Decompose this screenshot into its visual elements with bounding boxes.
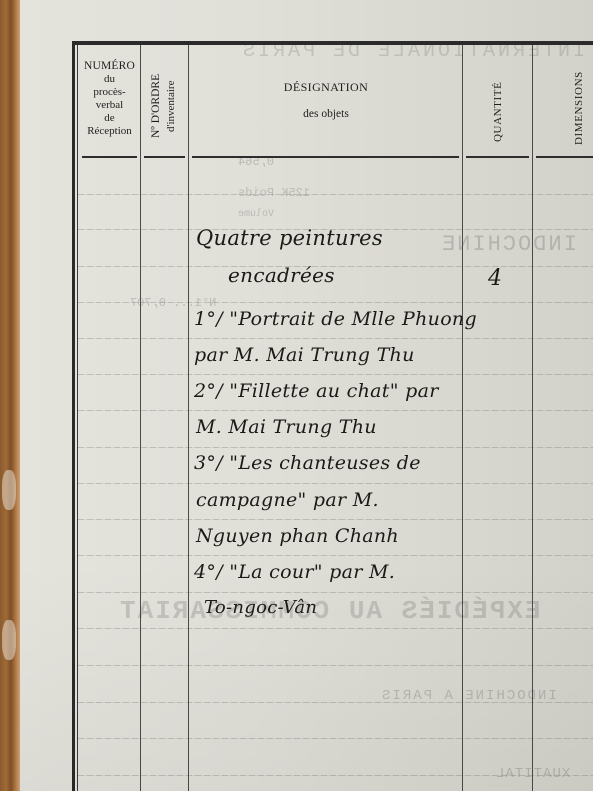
- header-text: procès-: [79, 86, 140, 99]
- handwritten-line: Quatre peintures: [196, 226, 383, 250]
- handwritten-line: 2°/ "Fillette au chat" par: [194, 380, 439, 402]
- header-numero-proces-verbal: NUMÉRO du procès- verbal de Réception: [79, 60, 140, 138]
- ruled-line: [78, 410, 593, 411]
- lighting-shadow: [20, 560, 593, 791]
- header-numero-ordre: Nº D'ORDRE: [150, 62, 162, 150]
- handwritten-line: campagne" par M.: [196, 489, 379, 511]
- header-inventaire: d'inventaire: [165, 62, 177, 150]
- header-rule: [82, 156, 137, 158]
- wooden-table-edge: [0, 0, 20, 791]
- ruled-line: [78, 374, 593, 375]
- header-quantite: QUANTITÉ: [492, 70, 504, 142]
- ruled-line: [78, 447, 593, 448]
- ruled-line: [78, 338, 593, 339]
- header-text: verbal: [79, 99, 140, 112]
- wood-grain-highlight: [2, 470, 16, 510]
- ruled-line: [78, 194, 593, 195]
- header-dimensions: DIMENSIONS: [573, 55, 585, 145]
- quantity-value: 4: [488, 266, 502, 291]
- header-text: du: [79, 73, 140, 86]
- bleed-through-middle: INDOCHINE: [440, 232, 577, 257]
- wood-grain-highlight: [2, 620, 16, 660]
- handwritten-line: encadrées: [228, 263, 335, 287]
- header-text: de: [79, 112, 140, 125]
- header-rule: [192, 156, 459, 158]
- header-rule: [466, 156, 529, 158]
- table-top-border: [72, 41, 593, 45]
- header-rule: [536, 156, 593, 158]
- ruled-line: [78, 519, 593, 520]
- handwritten-line: M. Mai Trung Thu: [196, 416, 377, 438]
- ruled-line: [78, 266, 593, 267]
- handwritten-line: par M. Mai Trung Thu: [194, 344, 415, 366]
- header-text: NUMÉRO: [79, 60, 140, 73]
- bleed-through-note: Volume: [238, 209, 274, 220]
- handwritten-line: Nguyen phan Chanh: [196, 525, 399, 547]
- header-rule: [144, 156, 185, 158]
- ruled-line: [78, 483, 593, 484]
- handwritten-line: 3°/ "Les chanteuses de: [194, 452, 421, 474]
- header-designation: DÉSIGNATION: [189, 80, 463, 95]
- header-text: Réception: [79, 125, 140, 138]
- ruled-line: [78, 555, 593, 556]
- header-des-objets: des objets: [189, 108, 463, 120]
- bleed-through-note: 125K Poids: [238, 186, 310, 200]
- handwritten-line: 1°/ "Portrait de Mlle Phuong: [194, 308, 477, 330]
- ruled-line: [78, 302, 593, 303]
